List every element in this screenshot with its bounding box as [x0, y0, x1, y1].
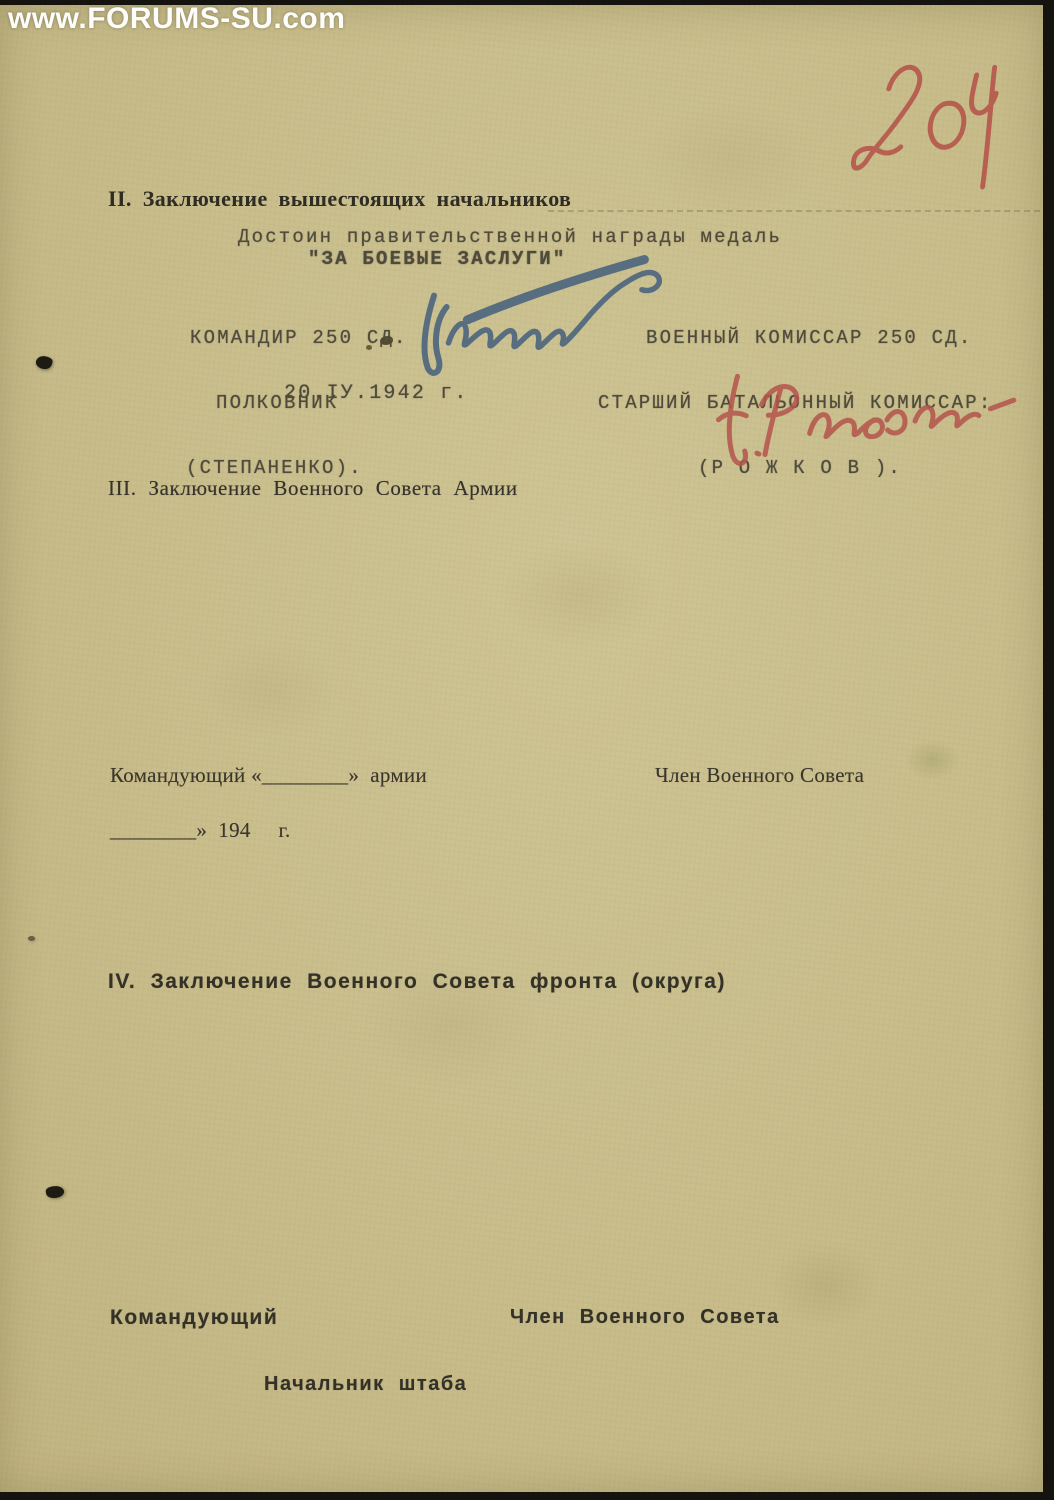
section-iv-heading: IV. Заключение Военного Совета фронта (о… [108, 970, 726, 994]
army-commander-blank: Командующий «________» армии [110, 763, 427, 788]
front-council-member-label: Член Военного Совета [510, 1306, 780, 1329]
paper-hole [28, 936, 35, 941]
section-iii-heading: III. Заключение Военного Совета Армии [108, 476, 518, 501]
red-pencil-signature [692, 341, 1023, 475]
chief-of-staff-label: Начальник штаба [264, 1373, 467, 1396]
ruled-dotted-line [548, 210, 1040, 212]
blue-ink-signature [392, 240, 768, 381]
forum-watermark: www.FORUMS-SU.com [8, 2, 345, 36]
military-council-member-label: Член Военного Совета [655, 763, 864, 788]
scanned-document: www.FORUMS-SU.com II. Заключение вышесто… [0, 0, 1054, 1500]
commander-title: КОМАНДИР 250 СД. [190, 328, 408, 349]
front-commander-label: Командующий [110, 1306, 278, 1330]
handwritten-page-number [841, 43, 1003, 208]
date-blank-194: ________» 194 г. [110, 818, 291, 843]
typed-date: 20.IУ.1942 г. [284, 382, 469, 405]
section-ii-heading: II. Заключение вышестоящих начальников [108, 186, 571, 212]
